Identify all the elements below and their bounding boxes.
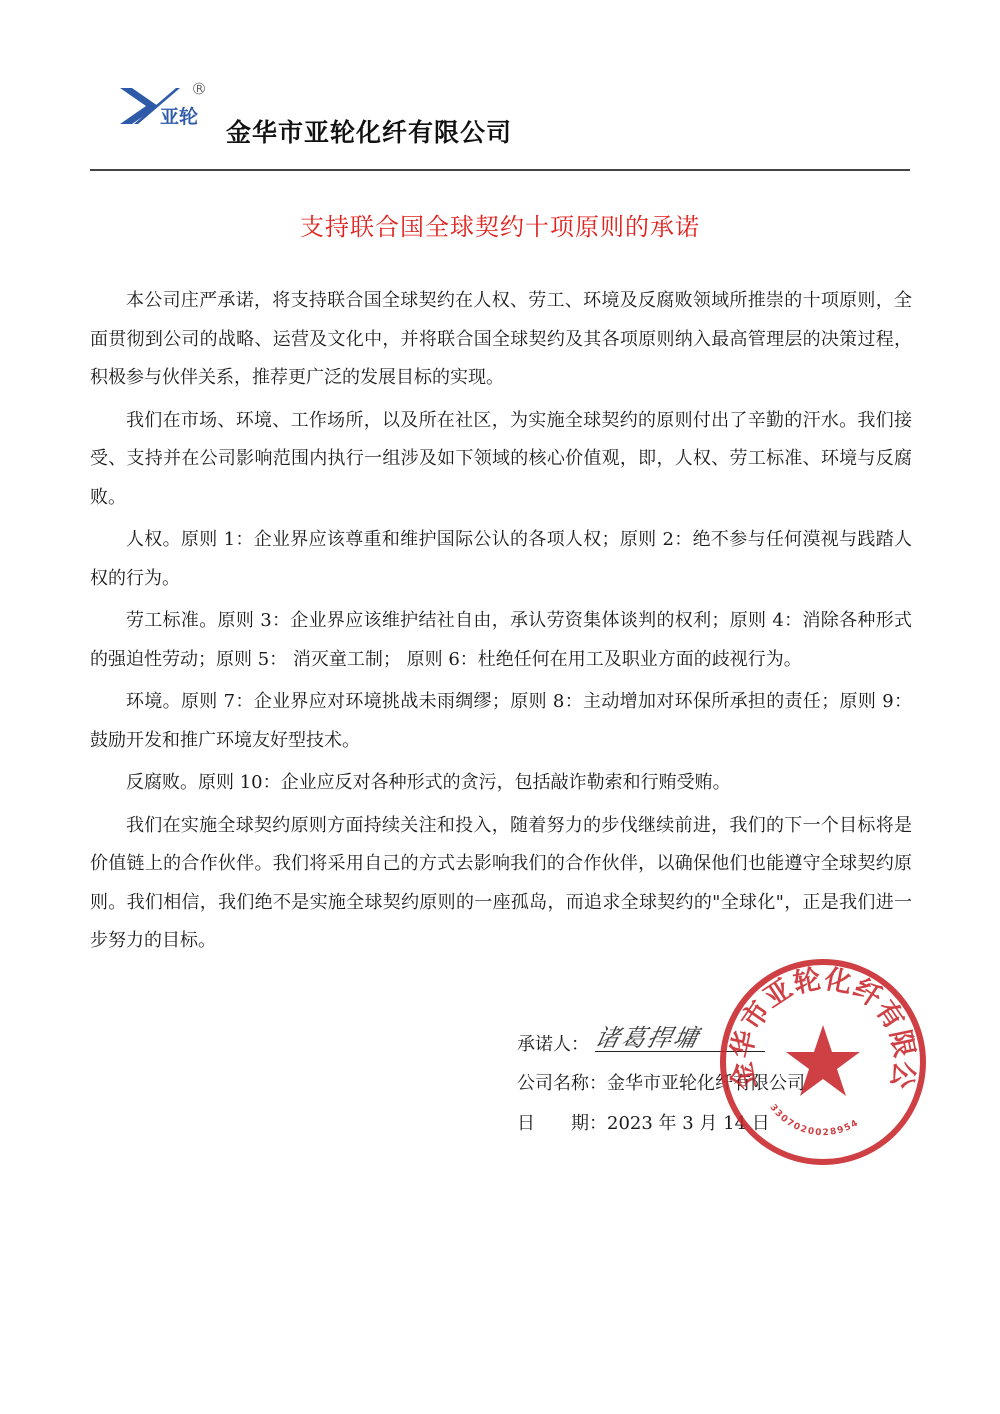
date-label: 日 期：: [517, 1113, 607, 1134]
paragraph-next-goal: 我们在实施全球契约原则方面持续关注和投入，随着努力的步伐继续前进，我们的下一个目…: [90, 807, 912, 961]
svg-text:3307020028954: 3307020028954: [767, 1103, 861, 1139]
document-body: 本公司庄严承诺，将支持联合国全球契约在人权、劳工、环境及反腐败领域所推崇的十项原…: [90, 282, 912, 961]
paragraph-anti-corruption: 反腐败。原则 10：企业应反对各种形式的贪污，包括敲诈勒索和行贿受贿。: [90, 764, 912, 803]
company-logo: R 亚轮: [118, 80, 213, 135]
paragraph-labour: 劳工标准。原则 3：企业界应该维护结社自由，承认劳资集体谈判的权利；原则 4：消…: [90, 602, 912, 679]
company-name-header: 金华市亚轮化纤有限公司: [226, 113, 512, 149]
handwritten-signature: 诸葛捍墉: [592, 1018, 703, 1053]
company-seal: 金华市亚轮化纤有限公司 3307020028954: [718, 957, 928, 1167]
logo-text: 亚轮: [160, 102, 198, 129]
paragraph-human-rights: 人权。原则 1：企业界应该尊重和维护国际公认的各项人权；原则 2：绝不参与任何漠…: [90, 521, 912, 598]
red-seal-icon: 金华市亚轮化纤有限公司 3307020028954: [718, 957, 928, 1167]
paragraph-environment: 环境。原则 7：企业界应对环境挑战未雨绸缪；原则 8：主动增加对环保所承担的责任…: [90, 683, 912, 760]
promisor-label: 承诺人：: [517, 1030, 589, 1056]
header-divider: [90, 169, 910, 171]
paragraph-core-values: 我们在市场、环境、工作场所，以及所在社区，为实施全球契约的原则付出了辛勤的汗水。…: [90, 402, 912, 518]
paragraph-commitment: 本公司庄严承诺，将支持联合国全球契约在人权、劳工、环境及反腐败领域所推崇的十项原…: [90, 282, 912, 398]
company-label: 公司名称：: [517, 1073, 607, 1094]
document-title: 支持联合国全球契约十项原则的承诺: [0, 207, 1000, 242]
